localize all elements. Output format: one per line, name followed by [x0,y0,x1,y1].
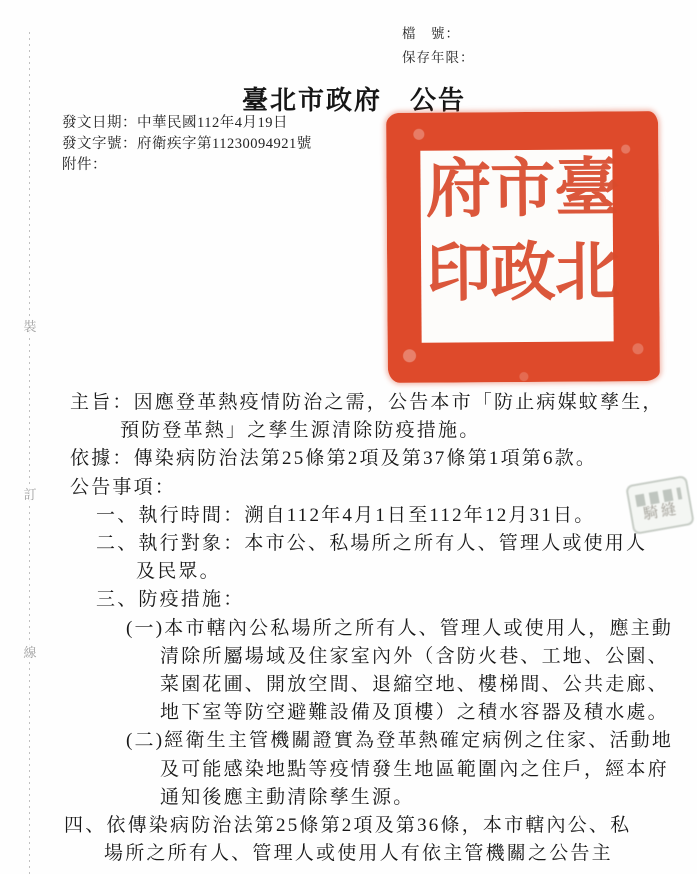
body-line: (一)本市轄內公私場所之所有人、管理人或使用人，應主動 [126,615,680,643]
body-line: 及民眾。 [136,558,680,586]
doc-number-line: 發文字號：府衛疾字第11230094921號 [62,132,312,153]
body-line: 清除所屬場域及住家室內外（含防火巷、工地、公園、 [160,643,680,671]
scanned-announcement-page: 裝 訂 線 檔 號： 保存年限： 臺北市政府 公告 發文日期：中華民國112年4… [0,0,697,874]
body-lines: 主旨：因應登革熱疫情防治之需，公告本市「防止病媒蚊孳生，預防登革熱」之孳生源清除… [70,389,680,868]
body-line: (二)經衛生主管機關證實為登革熱確定病例之住家、活動地 [126,727,680,755]
body-line: 地下室等防空避難設備及頂樓）之積水容器及積水處。 [160,699,680,727]
binding-mark-ding: 訂 [21,484,39,503]
binding-mark-zhuang: 裝 [21,316,39,335]
body-line: 公告事項： [70,474,680,502]
body-line: 預防登革熱」之孳生源清除防疫措施。 [120,417,680,445]
attachment-line: 附件： [62,153,107,174]
body-line: 菜園花圃、開放空間、退縮空地、樓梯間、公共走廊、 [160,671,680,699]
official-seal-stamp: 臺北市政府印 [386,111,660,383]
file-number-label: 檔 號： [402,22,460,42]
body-line: 三、防疫措施： [96,586,680,614]
body-line: 四、依傳染病防治法第25條第2項及第36條，本市轄內公、私 [64,812,680,840]
binding-mark-xian: 線 [21,642,39,661]
binding-dotted-line [29,32,30,874]
body-line: 依據：傳染病防治法第25條第2項及第37條第1項第6款。 [70,445,680,473]
body-line: 一、執行時間：溯自112年4月1日至112年12月31日。 [96,502,680,530]
body-line: 及可能感染地點等疫情發生地區範圍內之住戶，經本府 [160,756,680,784]
retention-period-label: 保存年限： [402,46,475,66]
issue-date-line: 發文日期：中華民國112年4月19日 [62,111,288,132]
official-seal-inner: 臺北市政府印 [420,149,613,342]
body-line: 通知後應主動清除孳生源。 [160,784,680,812]
body-line: 場所之所有人、管理人或使用人有依主管機關之公告主 [104,840,680,868]
body-line: 主旨：因應登革熱疫情防治之需，公告本市「防止病媒蚊孳生， [70,389,680,417]
body-line: 二、執行對象：本市公、私場所之所有人、管理人或使用人 [96,530,680,558]
official-seal-characters: 臺北市政府印 [420,153,614,338]
